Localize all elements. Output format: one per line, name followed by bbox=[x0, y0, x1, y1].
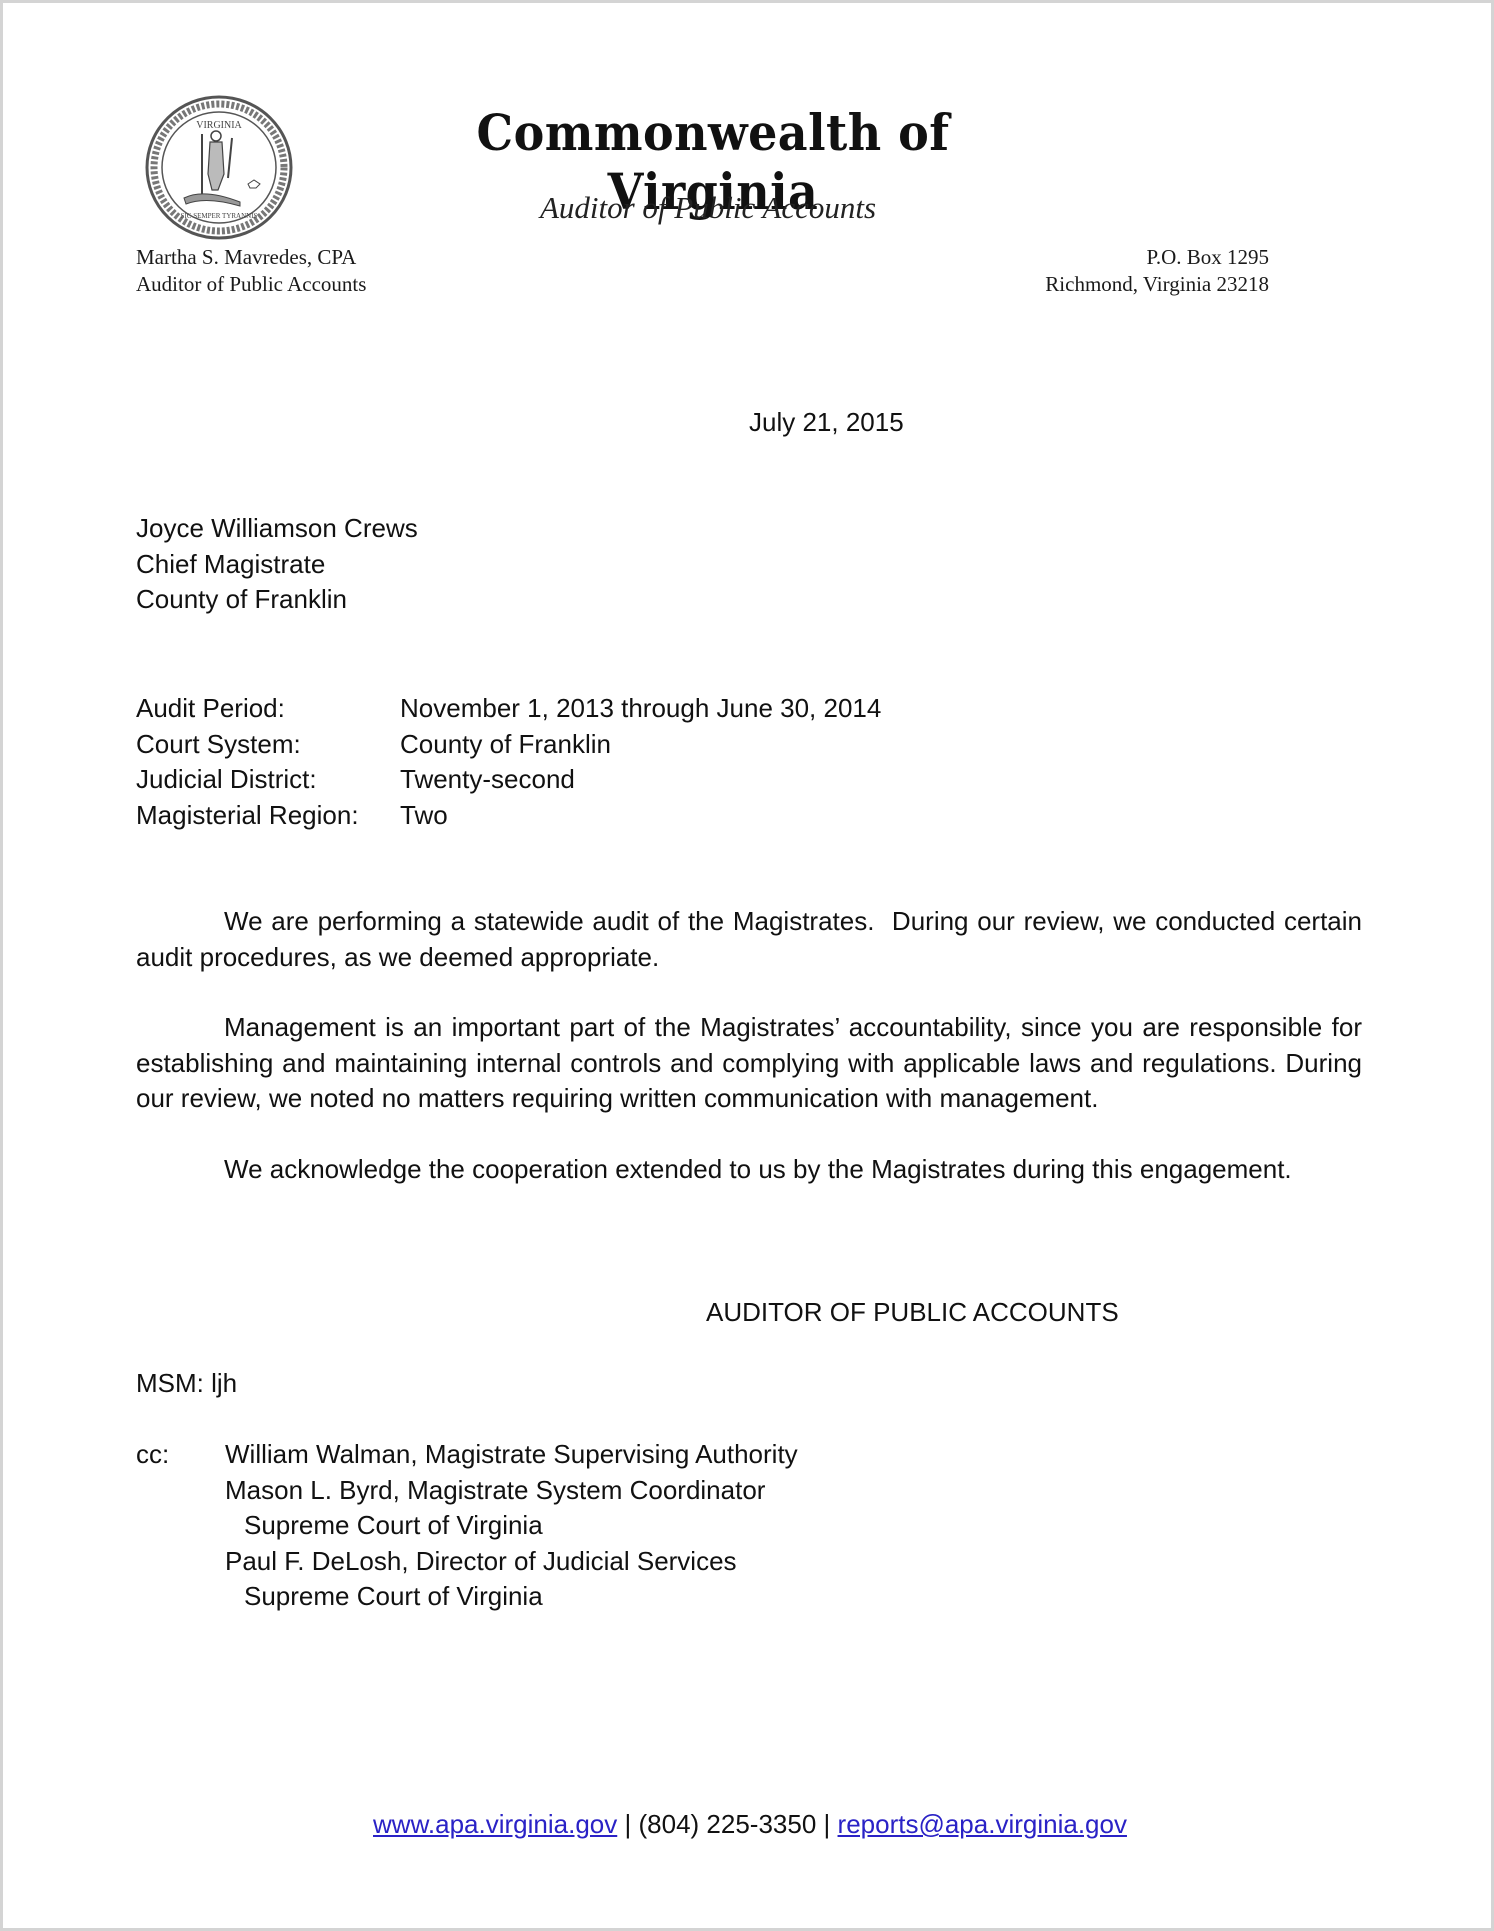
cc-row: Supreme Court of Virginia bbox=[136, 1579, 798, 1615]
recipient-title: Chief Magistrate bbox=[136, 547, 418, 583]
website-link[interactable]: www.apa.virginia.gov bbox=[373, 1809, 617, 1839]
paragraph-audit-scope: We are performing a statewide audit of t… bbox=[136, 904, 1362, 975]
virginia-seal-icon: VIRGINIA SIC SEMPER TYRANNIS bbox=[144, 94, 294, 241]
cc-recipient: William Walman, Magistrate Supervising A… bbox=[225, 1437, 798, 1473]
footer-contact: www.apa.virginia.gov | (804) 225-3350 | … bbox=[3, 1809, 1494, 1840]
detail-value: November 1, 2013 through June 30, 2014 bbox=[400, 691, 881, 727]
footer-phone: (804) 225-3350 bbox=[638, 1809, 816, 1839]
reference-initials: MSM: ljh bbox=[136, 1366, 237, 1402]
detail-row-audit-period: Audit Period: November 1, 2013 through J… bbox=[136, 691, 881, 727]
footer-separator: | bbox=[824, 1809, 838, 1839]
detail-label: Audit Period: bbox=[136, 691, 400, 727]
paragraph-text: We acknowledge the cooperation extended … bbox=[224, 1154, 1292, 1184]
paragraph-text: We are performing a statewide audit of t… bbox=[136, 906, 1369, 972]
svg-text:VIRGINIA: VIRGINIA bbox=[196, 120, 242, 131]
recipient-organization: County of Franklin bbox=[136, 582, 418, 618]
letter-page: VIRGINIA SIC SEMPER TYRANNIS Commonwealt… bbox=[0, 0, 1494, 1931]
detail-value: Twenty-second bbox=[400, 762, 575, 798]
cc-recipient-affiliation: Supreme Court of Virginia bbox=[225, 1579, 543, 1615]
detail-row-judicial-district: Judicial District: Twenty-second bbox=[136, 762, 881, 798]
signature-block: AUDITOR OF PUBLIC ACCOUNTS bbox=[706, 1295, 1119, 1331]
auditor-name: Martha S. Mavredes, CPA bbox=[136, 244, 366, 271]
svg-text:SIC SEMPER TYRANNIS: SIC SEMPER TYRANNIS bbox=[181, 212, 258, 220]
letter-date: July 21, 2015 bbox=[749, 405, 904, 441]
cc-recipient: Mason L. Byrd, Magistrate System Coordin… bbox=[225, 1473, 765, 1509]
letterhead-address-block: P.O. Box 1295 Richmond, Virginia 23218 bbox=[1045, 244, 1269, 298]
po-box: P.O. Box 1295 bbox=[1045, 244, 1269, 271]
auditor-title: Auditor of Public Accounts bbox=[136, 271, 366, 298]
footer-separator: | bbox=[624, 1809, 638, 1839]
cc-list: cc: William Walman, Magistrate Supervisi… bbox=[136, 1437, 798, 1615]
detail-label: Magisterial Region: bbox=[136, 798, 400, 834]
cc-row: cc: William Walman, Magistrate Supervisi… bbox=[136, 1437, 798, 1473]
cc-recipient: Paul F. DeLosh, Director of Judicial Ser… bbox=[225, 1544, 737, 1580]
paragraph-text: Management is an important part of the M… bbox=[136, 1012, 1362, 1113]
cc-row: Mason L. Byrd, Magistrate System Coordin… bbox=[136, 1473, 798, 1509]
paragraph-acknowledgement: We acknowledge the cooperation extended … bbox=[136, 1152, 1362, 1188]
letterhead-auditor-block: Martha S. Mavredes, CPA Auditor of Publi… bbox=[136, 244, 366, 298]
email-link[interactable]: reports@apa.virginia.gov bbox=[838, 1809, 1127, 1839]
recipient-address: Joyce Williamson Crews Chief Magistrate … bbox=[136, 511, 418, 618]
detail-value: Two bbox=[400, 798, 448, 834]
detail-value: County of Franklin bbox=[400, 727, 611, 763]
city-state-zip: Richmond, Virginia 23218 bbox=[1045, 271, 1269, 298]
cc-label: cc: bbox=[136, 1437, 225, 1473]
paragraph-management: Management is an important part of the M… bbox=[136, 1010, 1362, 1117]
letterhead-subtitle: Auditor of Public Accounts bbox=[393, 190, 1023, 226]
detail-row-magisterial-region: Magisterial Region: Two bbox=[136, 798, 881, 834]
recipient-name: Joyce Williamson Crews bbox=[136, 511, 418, 547]
detail-label: Judicial District: bbox=[136, 762, 400, 798]
detail-label: Court System: bbox=[136, 727, 400, 763]
detail-row-court-system: Court System: County of Franklin bbox=[136, 727, 881, 763]
cc-recipient-affiliation: Supreme Court of Virginia bbox=[225, 1508, 543, 1544]
audit-details: Audit Period: November 1, 2013 through J… bbox=[136, 691, 881, 833]
cc-row: Paul F. DeLosh, Director of Judicial Ser… bbox=[136, 1544, 798, 1580]
cc-row: Supreme Court of Virginia bbox=[136, 1508, 798, 1544]
